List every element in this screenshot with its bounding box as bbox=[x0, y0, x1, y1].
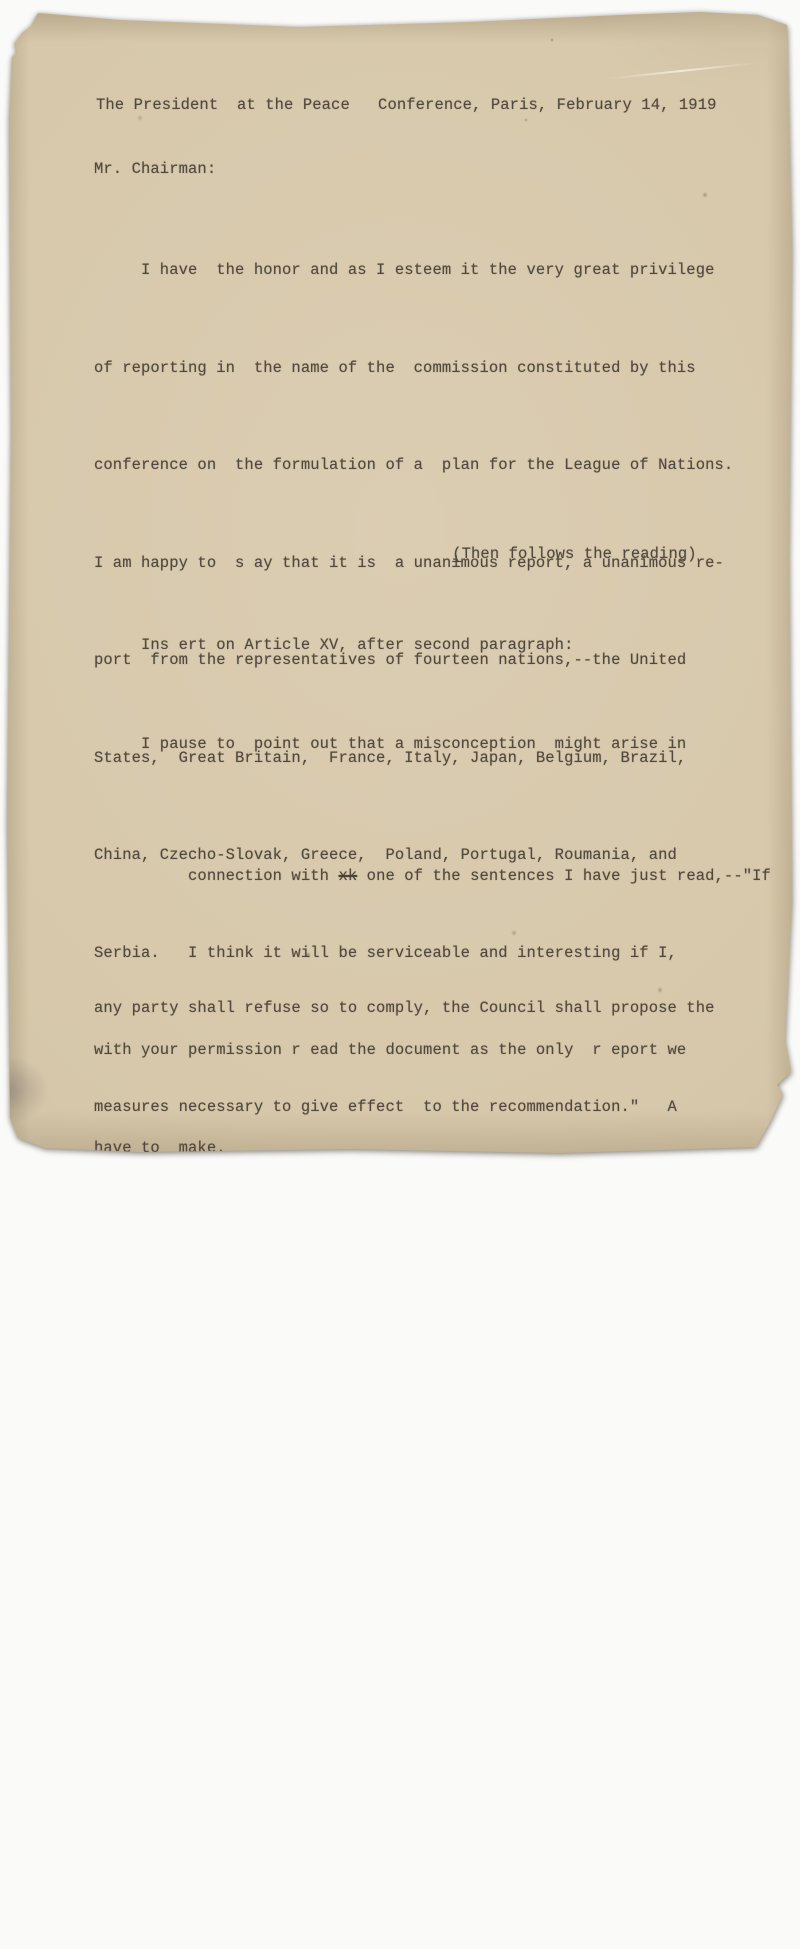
text-line: measures necessary to give effect to the… bbox=[94, 1091, 800, 1124]
text-line: I pause to point out that a misconceptio… bbox=[94, 728, 800, 761]
insert-heading: Ins ert on Article XV, after second para… bbox=[94, 629, 800, 662]
text-line: of reporting in the name of the commissi… bbox=[94, 352, 733, 385]
text-line: any party shall refuse so to comply, the… bbox=[94, 992, 800, 1025]
text-line-with-strikeout: connection with xk one of the sentences … bbox=[94, 827, 800, 926]
paper-shadow: The President at the Peace Conference, P… bbox=[0, 0, 800, 1160]
document-title: The President at the Peace Conference, P… bbox=[96, 89, 717, 121]
text-line: I have the honor and as I esteem it the … bbox=[94, 254, 733, 287]
document-page: The President at the Peace Conference, P… bbox=[6, 8, 794, 1156]
strike-line-before: connection with bbox=[188, 867, 338, 885]
text-line: conference on the formulation of a plan … bbox=[94, 449, 733, 482]
scanned-document-view: The President at the Peace Conference, P… bbox=[0, 0, 800, 1160]
struck-out-typo: xk bbox=[338, 867, 357, 885]
stage-direction-paren: ( bbox=[452, 545, 461, 563]
strike-line-after: one of the sentences I have just read,--… bbox=[357, 867, 771, 885]
paper-crease bbox=[606, 62, 755, 80]
salutation: Mr. Chairman: bbox=[94, 153, 216, 185]
insert-on-article-xv: Ins ert on Article XV, after second para… bbox=[94, 563, 800, 1160]
stage-direction-text: Then follows the reading) bbox=[462, 545, 697, 563]
